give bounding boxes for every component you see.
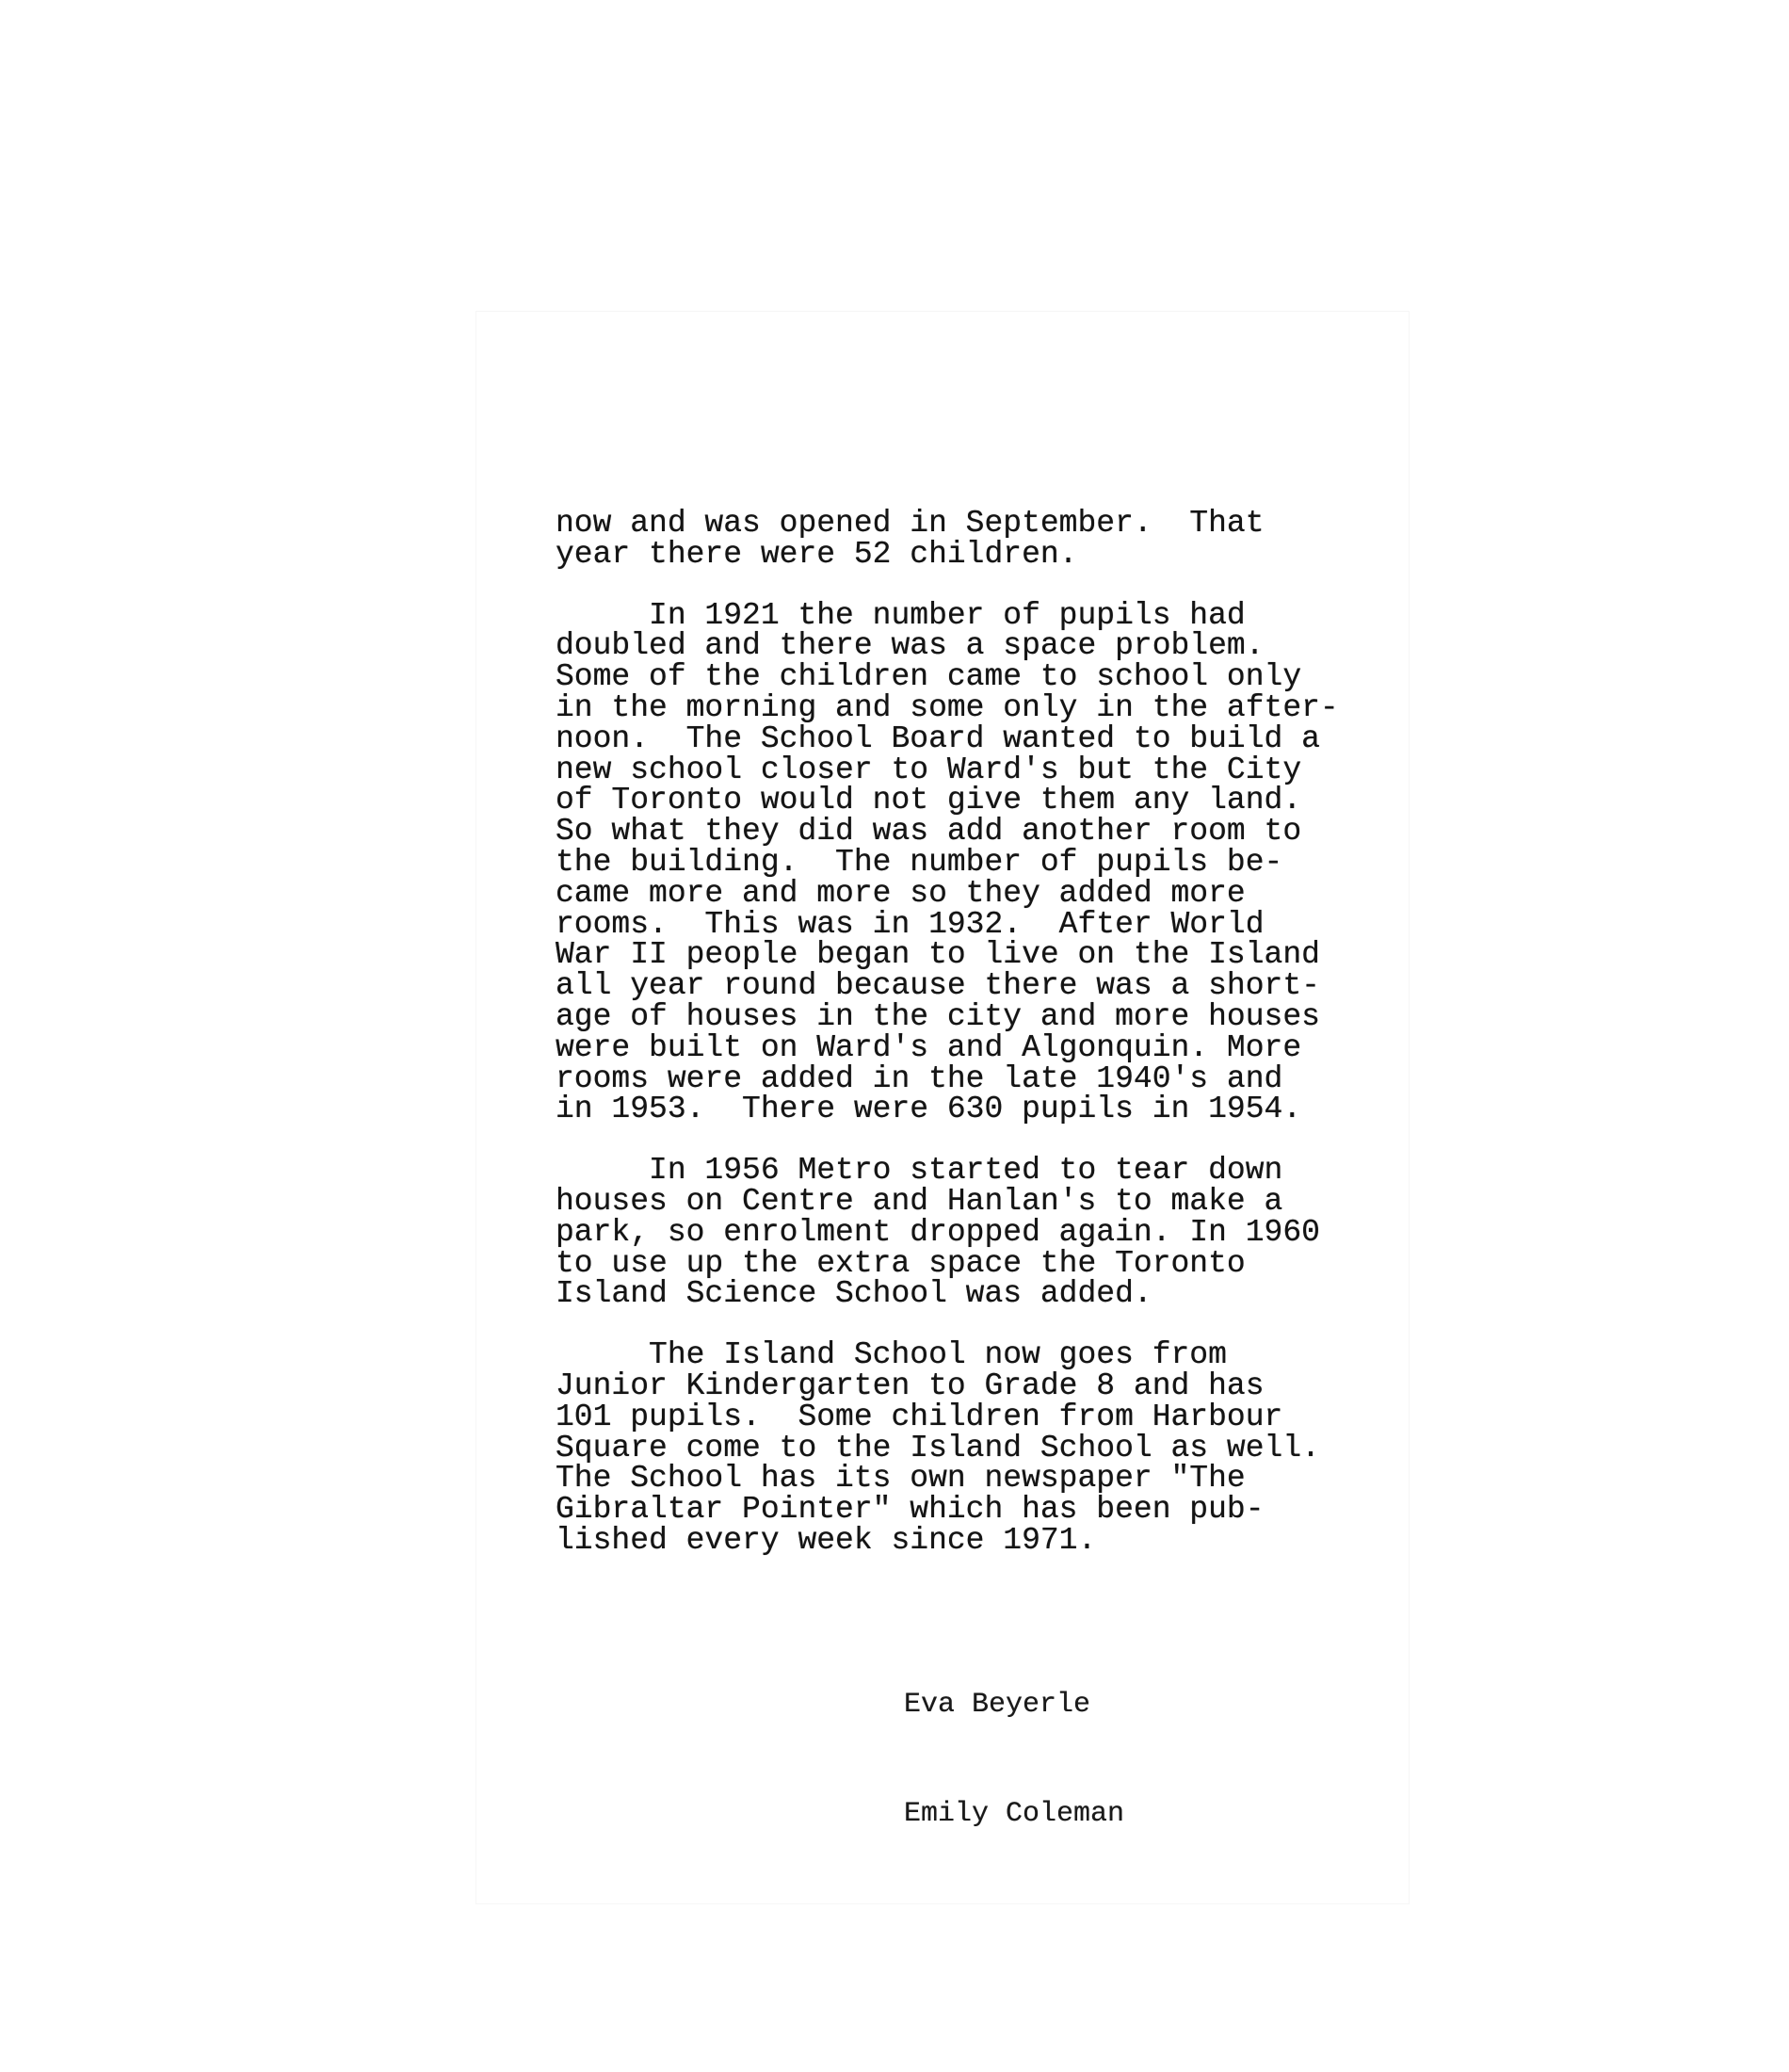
text-line: In 1921 the number of pupils had (556, 601, 1384, 632)
text-line: So what they did was add another room to (556, 817, 1384, 848)
text-line: the building. The number of pupils be- (556, 848, 1384, 879)
paragraph: In 1921 the number of pupils haddoubled … (556, 601, 1384, 1126)
text-line: to use up the extra space the Toronto (556, 1249, 1384, 1280)
text-line: lished every week since 1971. (556, 1526, 1384, 1557)
text-line: 101 pupils. Some children from Harbour (556, 1402, 1384, 1433)
text-line: came more and more so they added more (556, 879, 1384, 910)
text-line: Gibraltar Pointer" which has been pub- (556, 1495, 1384, 1526)
author-name: Eva Beyerle (904, 1682, 1124, 1727)
text-line: in the morning and some only in the afte… (556, 693, 1384, 724)
text-line: all year round because there was a short… (556, 971, 1384, 1002)
text-line: The School has its own newspaper "The (556, 1464, 1384, 1495)
text-line: of Toronto would not give them any land. (556, 785, 1384, 817)
signature-block: Eva Beyerle Emily Coleman (904, 1618, 1124, 1901)
text-line: in 1953. There were 630 pupils in 1954. (556, 1094, 1384, 1125)
paragraph: now and was opened in September. Thatyea… (556, 509, 1384, 571)
text-line: Island Science School was added. (556, 1279, 1384, 1310)
text-line: were built on Ward's and Algonquin. More (556, 1033, 1384, 1064)
text-line: War II people began to live on the Islan… (556, 940, 1384, 971)
text-line: age of houses in the city and more house… (556, 1002, 1384, 1033)
paragraph: In 1956 Metro started to tear downhouses… (556, 1156, 1384, 1310)
text-line: In 1956 Metro started to tear down (556, 1156, 1384, 1187)
text-line: rooms. This was in 1932. After World (556, 910, 1384, 941)
text-line: The Island School now goes from (556, 1340, 1384, 1371)
author-name: Emily Coleman (904, 1791, 1124, 1837)
typewritten-body: now and was opened in September. Thatyea… (556, 509, 1384, 1557)
paragraph: The Island School now goes fromJunior Ki… (556, 1340, 1384, 1557)
text-line: rooms were added in the late 1940's and (556, 1064, 1384, 1095)
text-line: park, so enrolment dropped again. In 196… (556, 1218, 1384, 1249)
text-line: now and was opened in September. That (556, 509, 1384, 540)
text-line: noon. The School Board wanted to build a (556, 724, 1384, 755)
scanned-page: now and was opened in September. Thatyea… (0, 0, 1789, 2072)
text-line: Square come to the Island School as well… (556, 1433, 1384, 1465)
text-line: year there were 52 children. (556, 540, 1384, 571)
text-line: Some of the children came to school only (556, 662, 1384, 693)
text-line: doubled and there was a space problem. (556, 631, 1384, 662)
text-line: new school closer to Ward's but the City (556, 755, 1384, 786)
text-line: houses on Centre and Hanlan's to make a (556, 1187, 1384, 1218)
text-line: Junior Kindergarten to Grade 8 and has (556, 1371, 1384, 1402)
